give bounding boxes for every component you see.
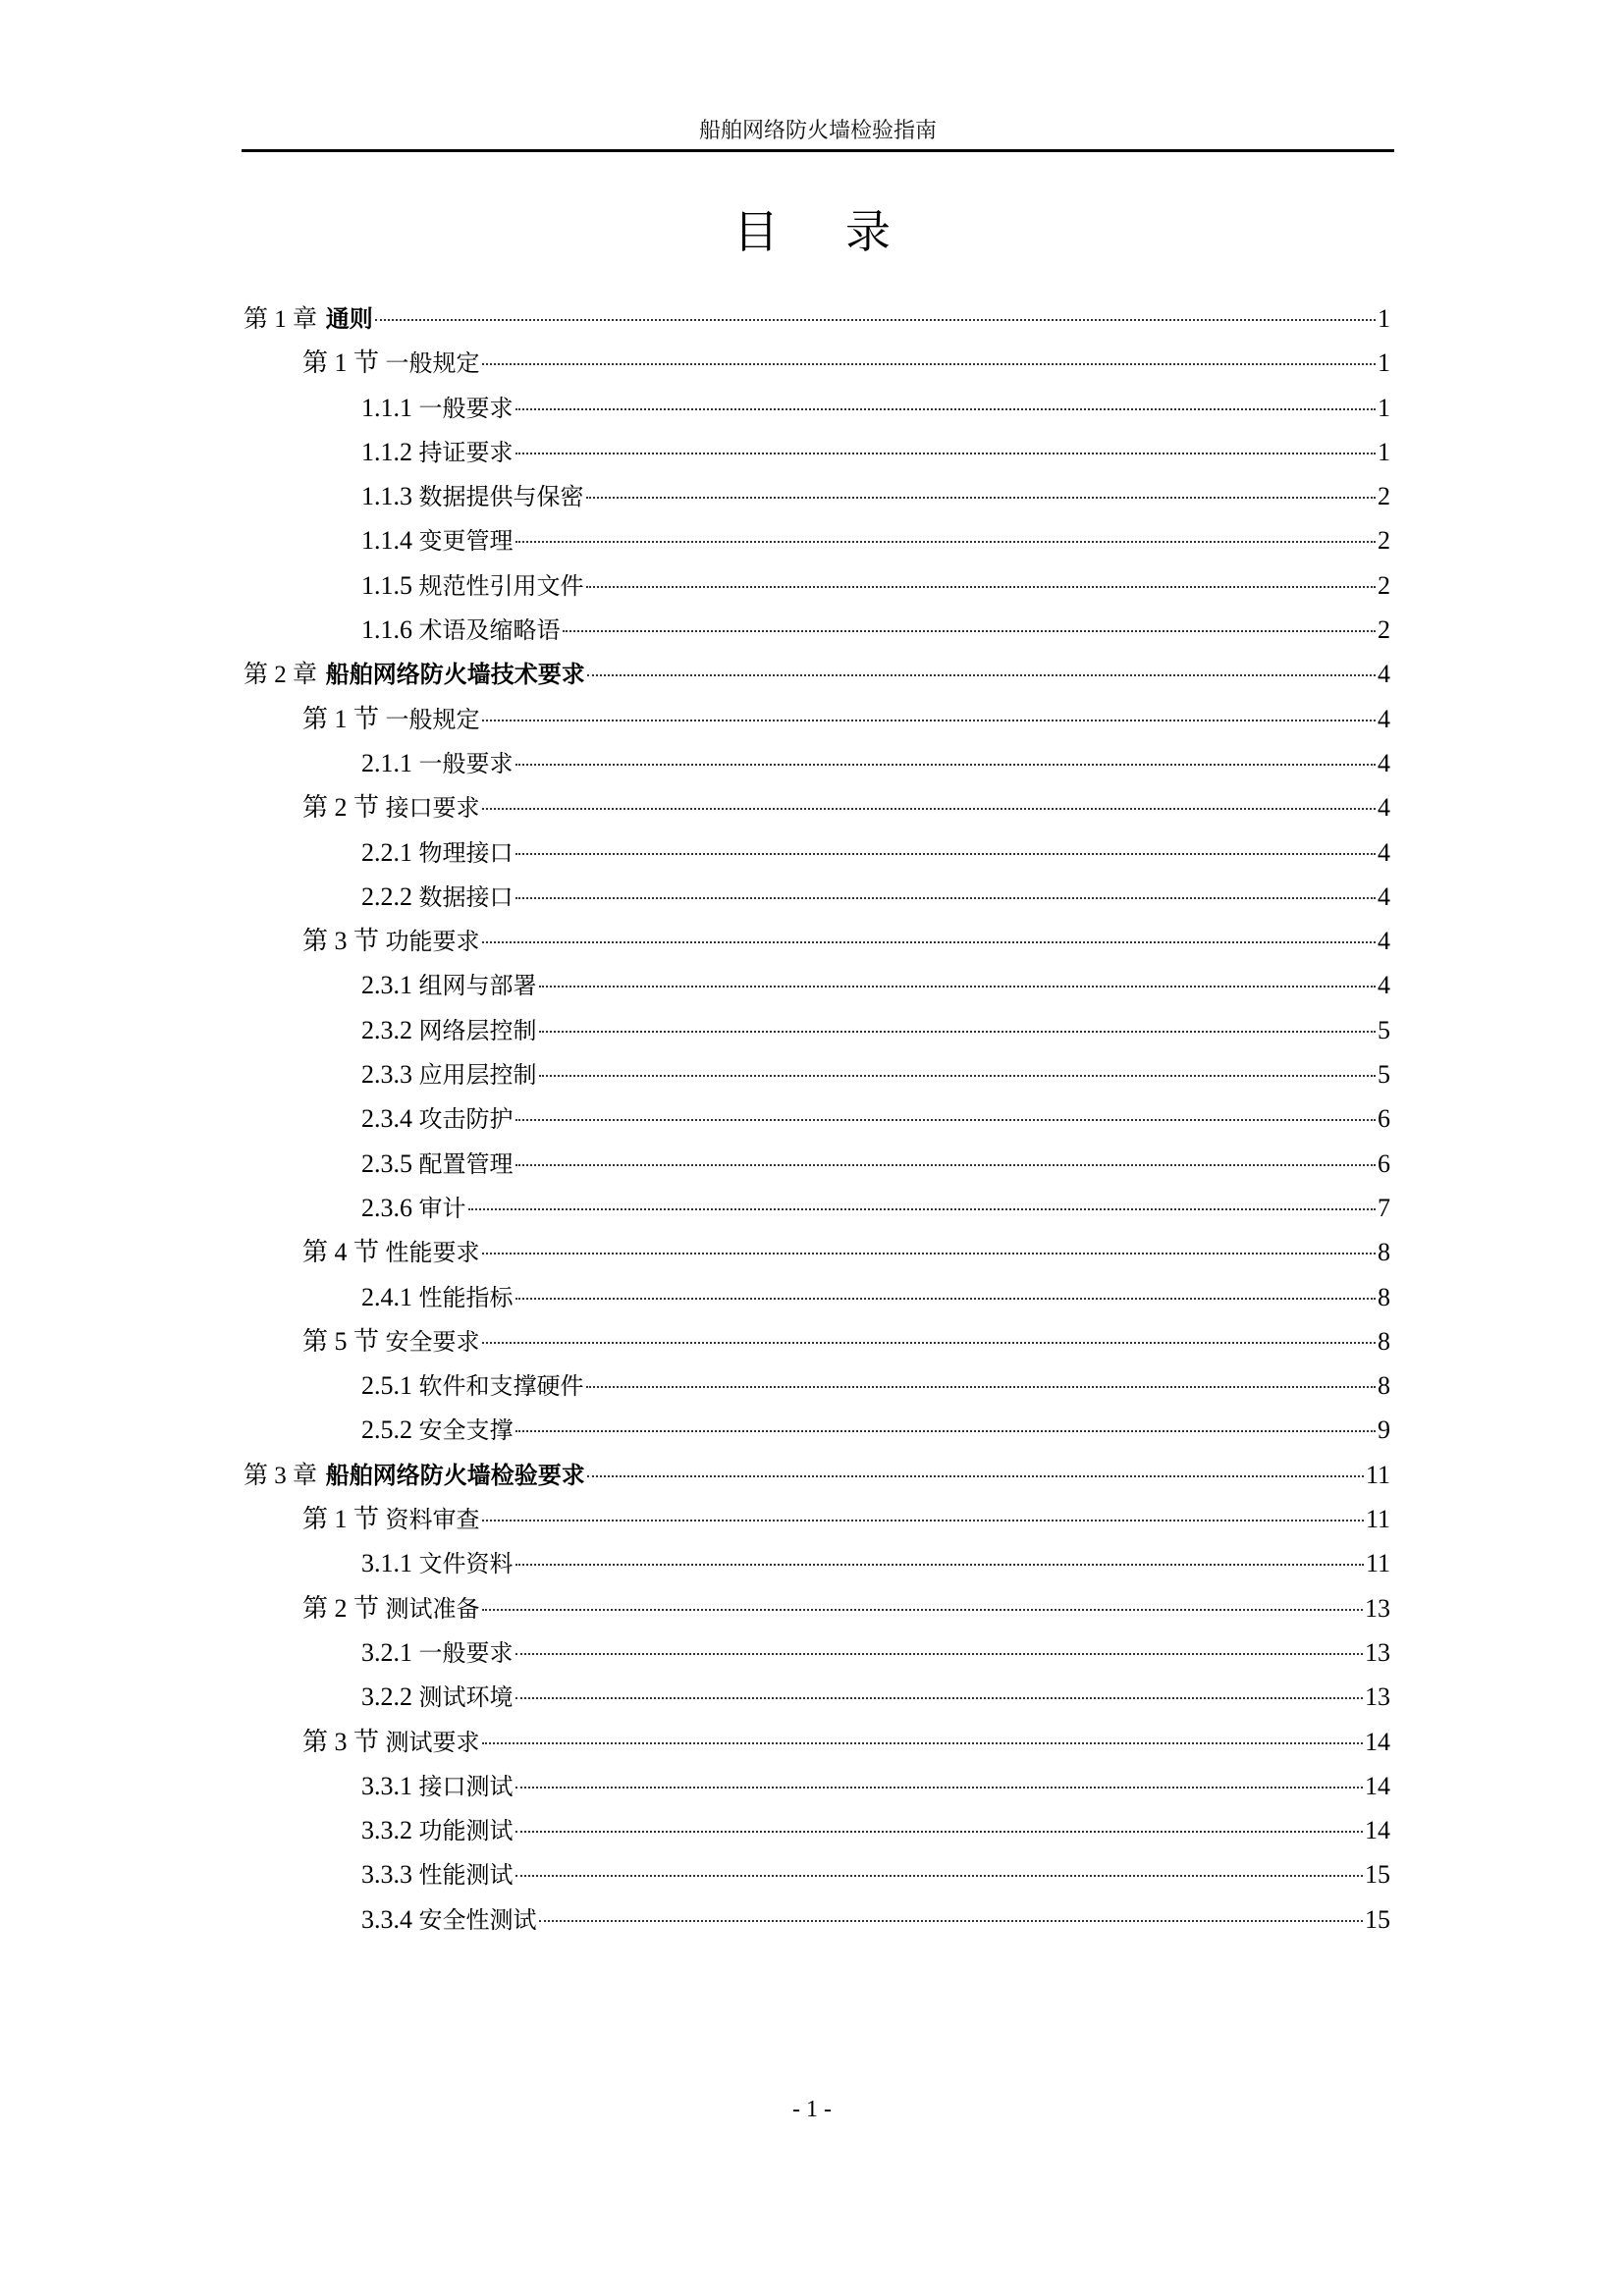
toc-entry-number: 1.1.2 [361,438,412,466]
toc-section-entry[interactable]: 第 3 节 功能要求4 [244,919,1390,963]
toc-entry-number: 第 1 节 [302,348,379,377]
toc-entry-number: 2.5.1 [361,1371,412,1400]
toc-entry-title: 安全性测试 [419,1906,537,1934]
toc-entry-number: 第 2 节 [302,1594,379,1623]
toc-subsection-entry[interactable]: 2.5.1 软件和支撑硬件8 [244,1363,1390,1408]
toc-section-entry[interactable]: 第 1 节 资料审查11 [244,1497,1390,1541]
toc-entry-title: 性能测试 [419,1861,514,1889]
dot-leader [375,319,1376,321]
dot-leader [587,1475,1364,1477]
toc-entry-label: 1.1.6 术语及缩略语 [361,608,561,653]
toc-subsection-entry[interactable]: 3.1.1 文件资料11 [244,1541,1390,1585]
dot-leader [515,1564,1364,1566]
toc-entry-label: 2.2.2 数据接口 [361,875,514,920]
toc-entry-label: 1.1.5 规范性引用文件 [361,563,584,609]
toc-page-number: 4 [1378,741,1390,785]
toc-entry-label: 3.3.2 功能测试 [361,1808,514,1853]
toc-entry-label: 2.5.2 安全支撑 [361,1408,514,1453]
toc-entry-label: 1.1.4 变更管理 [361,518,514,563]
toc-section-entry[interactable]: 第 2 节 接口要求4 [244,785,1390,829]
toc-entry-number: 第 5 节 [302,1327,379,1356]
dot-leader [539,1920,1364,1922]
toc-entry-title: 规范性引用文件 [419,572,584,600]
toc-entry-title: 数据提供与保密 [419,483,584,510]
dot-leader [586,1386,1377,1388]
toc-subsection-entry[interactable]: 1.1.6 术语及缩略语2 [244,608,1390,652]
toc-page-number: 2 [1378,474,1390,518]
dot-leader [515,1831,1364,1833]
toc-subsection-entry[interactable]: 1.1.3 数据提供与保密2 [244,474,1390,518]
toc-page-number: 2 [1378,608,1390,652]
dot-leader [482,1342,1376,1344]
toc-entry-label: 2.3.6 审计 [361,1186,466,1231]
page-header: 船舶网络防火墙检验指南 [242,110,1394,153]
toc-subsection-entry[interactable]: 3.3.3 性能测试15 [244,1852,1390,1896]
toc-entry-label: 3.3.4 安全性测试 [361,1897,537,1943]
toc-page-number: 13 [1365,1630,1390,1675]
dot-leader [515,1430,1377,1432]
toc-entry-label: 2.3.3 应用层控制 [361,1052,537,1097]
toc-entry-label: 2.2.1 物理接口 [361,830,514,876]
toc-subsection-entry[interactable]: 1.1.1 一般要求1 [244,386,1390,430]
toc-entry-title: 应用层控制 [419,1061,537,1089]
toc-entry-title: 测试环境 [419,1683,514,1711]
toc-entry-number: 第 1 节 [302,705,379,733]
toc-page-number: 4 [1378,652,1390,696]
dot-leader [515,1875,1364,1877]
toc-page-number: 5 [1378,1008,1390,1052]
toc-entry-title: 软件和支撑硬件 [419,1372,584,1400]
toc-entry-label: 2.3.2 网络层控制 [361,1008,537,1053]
toc-entry-title: 审计 [419,1195,466,1222]
toc-entry-title: 安全要求 [386,1328,480,1356]
toc-subsection-entry[interactable]: 3.2.2 测试环境13 [244,1675,1390,1719]
toc-page-number: 4 [1378,785,1390,829]
toc-page-number: 6 [1378,1096,1390,1141]
toc-entry-number: 3.3.4 [361,1905,412,1934]
toc-subsection-entry[interactable]: 1.1.4 变更管理2 [244,518,1390,562]
toc-entry-number: 2.3.1 [361,971,412,999]
toc-page-number: 8 [1378,1363,1390,1408]
dot-leader [539,986,1377,988]
toc-entry-number: 2.3.6 [361,1194,412,1222]
toc-subsection-entry[interactable]: 2.3.2 网络层控制5 [244,1008,1390,1052]
toc-page-number: 4 [1378,919,1390,963]
toc-page-number: 1 [1378,430,1390,474]
toc-entry-number: 第 2 章 [244,662,317,688]
toc-entry-number: 3.2.2 [361,1682,412,1711]
toc-section-entry[interactable]: 第 3 节 测试要求14 [244,1720,1390,1764]
toc-entry-title: 接口要求 [386,794,480,822]
dot-leader [468,1208,1377,1210]
toc-subsection-entry[interactable]: 3.2.1 一般要求13 [244,1630,1390,1675]
dot-leader [482,1609,1363,1611]
toc-chapter-entry[interactable]: 第 3 章 船舶网络防火墙检验要求11 [244,1453,1390,1497]
toc-entry-label: 2.1.1 一般要求 [361,741,514,786]
toc-entry-label: 2.3.4 攻击防护 [361,1096,514,1142]
dot-leader [482,363,1376,365]
toc-page-number: 8 [1378,1275,1390,1319]
toc-entry-label: 3.1.1 文件资料 [361,1541,514,1586]
table-of-contents: 第 1 章 通则1第 1 节 一般规定11.1.1 一般要求11.1.2 持证要… [244,296,1390,1942]
toc-entry-label: 第 1 节 一般规定 [302,341,480,386]
toc-entry-label: 第 2 节 接口要求 [302,785,480,830]
toc-section-entry[interactable]: 第 5 节 安全要求8 [244,1319,1390,1363]
toc-entry-number: 1.1.3 [361,482,412,510]
toc-entry-label: 2.3.1 组网与部署 [361,963,537,1008]
toc-entry-label: 第 4 节 性能要求 [302,1230,480,1275]
toc-entry-title: 测试准备 [386,1595,480,1623]
dot-leader [515,1787,1364,1789]
toc-page-number: 13 [1365,1586,1390,1630]
dot-leader [482,1520,1364,1522]
toc-chapter-entry[interactable]: 第 1 章 通则1 [244,296,1390,341]
toc-page-number: 1 [1378,341,1390,385]
toc-entry-label: 第 1 章 通则 [244,296,373,342]
dot-leader [482,941,1376,943]
toc-entry-number: 2.1.1 [361,749,412,777]
toc-entry-number: 1.1.4 [361,526,412,555]
toc-page-number: 2 [1378,563,1390,608]
toc-entry-label: 第 2 章 船舶网络防火墙技术要求 [244,652,585,697]
toc-entry-title: 网络层控制 [419,1017,537,1044]
dot-leader [482,808,1376,810]
document-title: 船舶网络防火墙检验指南 [242,114,1394,144]
toc-subsection-entry[interactable]: 2.5.2 安全支撑9 [244,1408,1390,1452]
toc-entry-number: 2.2.1 [361,838,412,867]
toc-entry-title: 组网与部署 [419,972,537,999]
toc-entry-number: 第 4 节 [302,1238,379,1266]
toc-entry-label: 1.1.3 数据提供与保密 [361,474,584,519]
toc-subsection-entry[interactable]: 2.2.1 物理接口4 [244,830,1390,875]
toc-entry-label: 3.2.2 测试环境 [361,1675,514,1720]
toc-entry-label: 第 3 节 测试要求 [302,1720,480,1765]
toc-entry-title: 性能要求 [386,1239,480,1266]
toc-entry-title: 性能指标 [419,1284,514,1311]
toc-entry-label: 1.1.2 持证要求 [361,430,514,475]
toc-entry-title: 一般要求 [419,750,514,777]
toc-entry-number: 3.3.3 [361,1860,412,1889]
toc-page-number: 14 [1365,1764,1390,1808]
toc-entry-title: 测试要求 [386,1729,480,1756]
toc-entry-number: 第 3 节 [302,927,379,955]
toc-entry-number: 3.1.1 [361,1549,412,1577]
dot-leader [515,853,1377,855]
toc-page-number: 7 [1378,1186,1390,1230]
toc-page-number: 1 [1378,386,1390,430]
toc-page-number: 15 [1365,1897,1390,1942]
dot-leader [515,1697,1364,1699]
toc-entry-number: 2.3.2 [361,1016,412,1044]
toc-page-number: 2 [1378,518,1390,562]
toc-chapter-entry[interactable]: 第 2 章 船舶网络防火墙技术要求4 [244,652,1390,696]
toc-entry-title: 一般规定 [386,349,480,377]
toc-entry-title: 文件资料 [419,1550,514,1577]
toc-heading: 目录 [0,196,1624,261]
toc-entry-number: 第 3 章 [244,1463,317,1489]
toc-page-number: 6 [1378,1142,1390,1186]
toc-entry-label: 2.3.5 配置管理 [361,1142,514,1187]
toc-entry-number: 2.2.2 [361,882,412,911]
toc-entry-label: 3.3.3 性能测试 [361,1852,514,1897]
toc-page-number: 4 [1378,875,1390,919]
toc-entry-number: 第 3 节 [302,1728,379,1756]
toc-entry-label: 1.1.1 一般要求 [361,386,514,431]
toc-entry-title: 船舶网络防火墙检验要求 [326,1462,585,1489]
toc-entry-title: 物理接口 [419,839,514,867]
toc-subsection-entry[interactable]: 2.3.3 应用层控制5 [244,1052,1390,1096]
toc-entry-number: 2.4.1 [361,1283,412,1311]
toc-section-entry[interactable]: 第 4 节 性能要求8 [244,1230,1390,1274]
toc-page-number: 5 [1378,1052,1390,1096]
toc-entry-title: 功能测试 [419,1817,514,1844]
toc-section-entry[interactable]: 第 2 节 测试准备13 [244,1586,1390,1630]
toc-page-number: 9 [1378,1408,1390,1452]
toc-entry-label: 3.3.1 接口测试 [361,1764,514,1809]
dot-leader [482,1253,1376,1255]
toc-page-number: 4 [1378,697,1390,741]
dot-leader [515,1653,1364,1655]
toc-entry-number: 3.3.2 [361,1816,412,1844]
dot-leader [515,897,1377,899]
toc-entry-number: 2.3.5 [361,1149,412,1178]
toc-subsection-entry[interactable]: 2.3.6 审计7 [244,1186,1390,1230]
toc-entry-number: 1.1.1 [361,394,412,422]
toc-subsection-entry[interactable]: 3.3.2 功能测试14 [244,1808,1390,1852]
toc-entry-number: 2.5.2 [361,1415,412,1444]
toc-entry-label: 第 1 节 资料审查 [302,1497,480,1542]
toc-page-number: 8 [1378,1230,1390,1274]
toc-entry-number: 3.3.1 [361,1772,412,1800]
toc-entry-title: 持证要求 [419,439,514,466]
toc-subsection-entry[interactable]: 2.1.1 一般要求4 [244,741,1390,785]
toc-page-number: 4 [1378,963,1390,1007]
dot-leader [515,408,1377,410]
toc-subsection-entry[interactable]: 3.3.4 安全性测试15 [244,1897,1390,1942]
toc-subsection-entry[interactable]: 1.1.5 规范性引用文件2 [244,563,1390,608]
toc-entry-title: 通则 [326,305,373,333]
dot-leader [515,541,1377,543]
dot-leader [586,586,1377,588]
toc-subsection-entry[interactable]: 2.2.2 数据接口4 [244,875,1390,919]
toc-subsection-entry[interactable]: 2.4.1 性能指标8 [244,1275,1390,1319]
toc-entry-title: 一般规定 [386,706,480,733]
toc-entry-number: 2.3.3 [361,1060,412,1089]
dot-leader [586,497,1377,499]
toc-entry-label: 第 3 章 船舶网络防火墙检验要求 [244,1453,585,1498]
toc-entry-number: 2.3.4 [361,1104,412,1133]
toc-page-number: 4 [1378,830,1390,875]
toc-subsection-entry[interactable]: 2.3.1 组网与部署4 [244,963,1390,1007]
toc-entry-label: 2.5.1 软件和支撑硬件 [361,1363,584,1409]
toc-page-number: 11 [1366,1497,1390,1541]
toc-section-entry[interactable]: 第 1 节 一般规定1 [244,341,1390,385]
dot-leader [515,1298,1377,1300]
toc-entry-label: 第 5 节 安全要求 [302,1319,480,1364]
toc-entry-number: 第 1 章 [244,306,317,333]
toc-entry-title: 配置管理 [419,1150,514,1178]
toc-page-number: 15 [1365,1852,1390,1896]
toc-entry-title: 接口测试 [419,1773,514,1800]
toc-page-number: 8 [1378,1319,1390,1363]
page-number: - 1 - [0,2097,1624,2123]
toc-entry-label: 第 1 节 一般规定 [302,697,480,742]
toc-entry-title: 攻击防护 [419,1105,514,1133]
toc-entry-title: 一般要求 [419,1639,514,1667]
toc-entry-title: 功能要求 [386,928,480,955]
toc-entry-label: 2.4.1 性能指标 [361,1275,514,1320]
toc-section-entry[interactable]: 第 1 节 一般规定4 [244,697,1390,741]
toc-entry-title: 一般要求 [419,395,514,422]
toc-page-number: 14 [1365,1720,1390,1764]
toc-entry-title: 术语及缩略语 [419,616,561,644]
toc-entry-label: 第 3 节 功能要求 [302,919,480,964]
toc-entry-number: 第 1 节 [302,1505,379,1533]
toc-page-number: 14 [1365,1808,1390,1852]
toc-entry-title: 船舶网络防火墙技术要求 [326,661,585,688]
toc-entry-label: 第 2 节 测试准备 [302,1586,480,1631]
toc-subsection-entry[interactable]: 3.3.1 接口测试14 [244,1764,1390,1808]
header-divider [242,149,1394,152]
dot-leader [515,453,1377,454]
dot-leader [539,1075,1377,1077]
dot-leader [563,630,1377,632]
toc-page-number: 11 [1366,1453,1390,1497]
toc-entry-number: 1.1.5 [361,571,412,600]
toc-subsection-entry[interactable]: 2.3.4 攻击防护6 [244,1096,1390,1141]
toc-entry-title: 数据接口 [419,883,514,911]
dot-leader [515,1119,1377,1121]
dot-leader [482,720,1376,721]
toc-entry-number: 第 2 节 [302,793,379,822]
toc-entry-label: 3.2.1 一般要求 [361,1630,514,1676]
toc-page-number: 13 [1365,1675,1390,1719]
toc-entry-number: 1.1.6 [361,615,412,644]
toc-entry-title: 变更管理 [419,527,514,555]
toc-subsection-entry[interactable]: 1.1.2 持证要求1 [244,430,1390,474]
toc-entry-title: 资料审查 [386,1506,480,1533]
dot-leader [482,1742,1363,1744]
toc-subsection-entry[interactable]: 2.3.5 配置管理6 [244,1142,1390,1186]
toc-entry-number: 3.2.1 [361,1638,412,1667]
dot-leader [539,1031,1377,1033]
toc-page-number: 11 [1366,1541,1390,1585]
dot-leader [515,764,1377,766]
dot-leader [587,674,1376,676]
toc-page-number: 1 [1378,296,1390,341]
dot-leader [515,1164,1377,1166]
toc-entry-title: 安全支撑 [419,1416,514,1444]
